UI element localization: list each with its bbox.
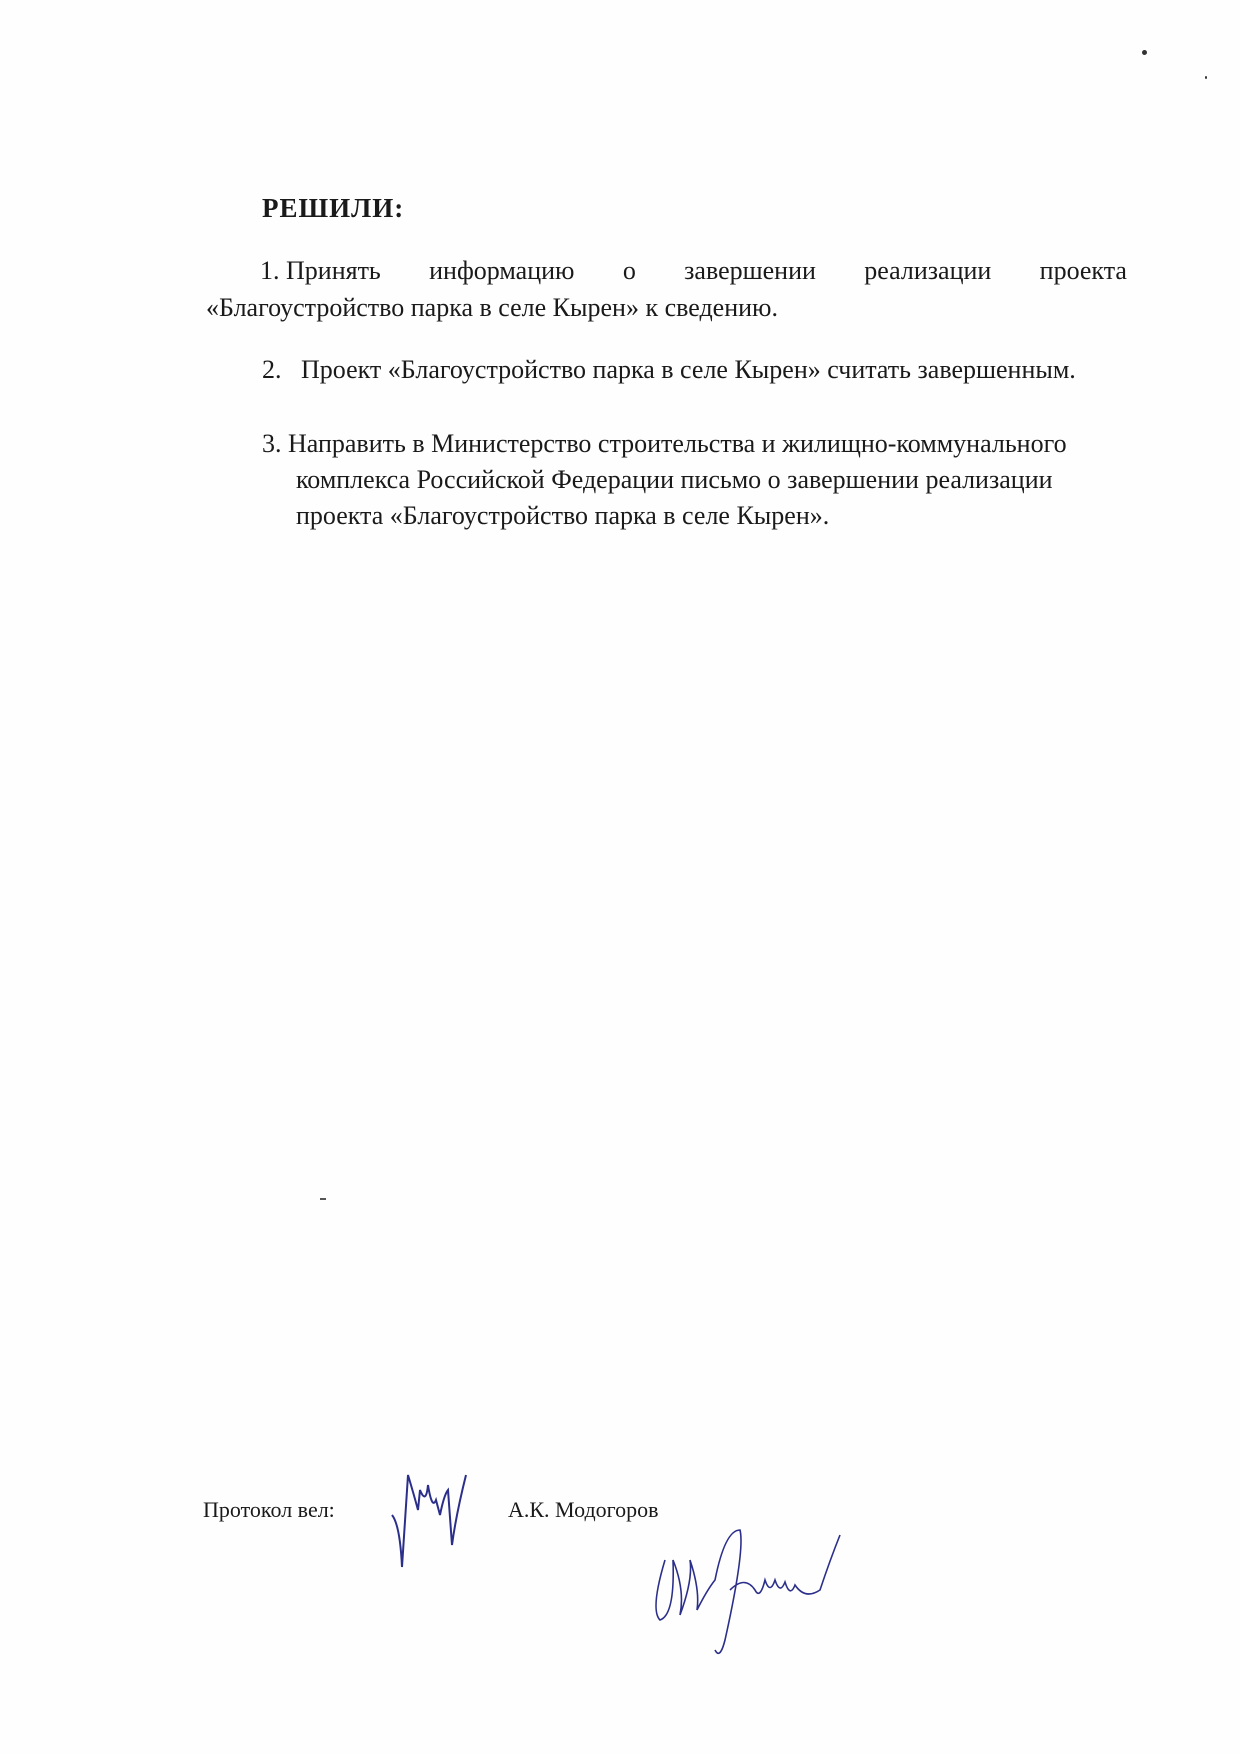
word: о [623,256,636,286]
scan-mark [320,1198,326,1200]
word: реализации [864,256,991,286]
scan-speck [1142,50,1147,55]
signature-label: Протокол вел: [203,1497,335,1523]
handwritten-signature-icon [645,1520,845,1660]
word: информацию [429,256,574,286]
item-3-line-3: проекта «Благоустройство парка в селе Кы… [296,498,829,534]
scan-speck [1205,76,1207,79]
word: завершении [684,256,816,286]
signatory-name: А.К. Модогоров [508,1497,659,1523]
word: 1. Принять [260,256,381,286]
item-3-line-2: комплекса Российской Федерации письмо о … [296,462,1053,498]
decision-heading: РЕШИЛИ: [262,193,404,224]
handwritten-signature-icon [390,1455,470,1575]
item-2-text: 2. Проект «Благоустройство парка в селе … [262,352,1076,388]
document-page: РЕШИЛИ: 1. Принять информацию о завершен… [0,0,1240,1754]
item-1-line-2: «Благоустройство парка в селе Кырен» к с… [206,290,778,326]
item-1-line-1: 1. Принять информацию о завершении реали… [260,256,1127,286]
item-3-line-1: 3. Направить в Министерство строительств… [262,426,1067,462]
word: проекта [1040,256,1127,286]
